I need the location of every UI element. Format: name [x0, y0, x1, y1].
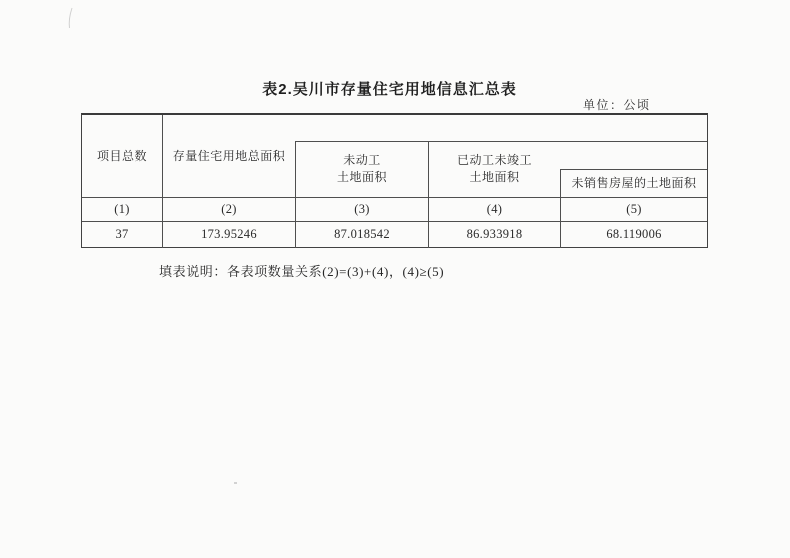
index-cell-5: (5): [561, 197, 707, 221]
data-cell-started-unfinished: 86.933918: [429, 221, 560, 248]
unit-label: 单位：公顷: [583, 96, 651, 113]
header-cell-unsold-houses: 未销售房屋的土地面积: [561, 169, 707, 197]
data-cell-project-count: 37: [82, 221, 162, 248]
header-cell-started-unfinished: 已动工未竣工 土地面积: [429, 141, 560, 197]
data-cell-total-area: 173.95246: [163, 221, 295, 248]
document-page: 表2.吴川市存量住宅用地信息汇总表 单位：公顷 项目总数 存量住宅用地总面积 未…: [0, 0, 790, 558]
index-cell-4: (4): [429, 197, 560, 221]
scan-speck: [234, 482, 237, 484]
index-cell-3: (3): [296, 197, 428, 221]
data-cell-unsold-houses: 68.119006: [561, 221, 707, 248]
header-cell-started-unfinished-line1: 已动工未竣工: [457, 152, 532, 169]
header-cell-not-started-line1: 未动工: [343, 152, 381, 169]
index-cell-1: (1): [82, 197, 162, 221]
data-cell-not-started: 87.018542: [296, 221, 428, 248]
index-cell-2: (2): [163, 197, 295, 221]
header-cell-total-area: 存量住宅用地总面积: [163, 115, 295, 197]
header-cell-started-unfinished-line2: 土地面积: [469, 169, 519, 186]
header-cell-not-started: 未动工 土地面积: [296, 141, 428, 197]
table-footnote: 填表说明：各表项数量关系(2)=(3)+(4)，(4)≥(5): [159, 261, 444, 280]
header-cell-not-started-line2: 土地面积: [337, 169, 387, 186]
header-cell-project-count: 项目总数: [82, 115, 162, 197]
pen-mark: [62, 6, 78, 37]
land-summary-table: 项目总数 存量住宅用地总面积 未动工 土地面积 已动工未竣工 土地面积 未销售房…: [81, 113, 708, 248]
page-title: 表2.吴川市存量住宅用地信息汇总表: [0, 78, 779, 99]
